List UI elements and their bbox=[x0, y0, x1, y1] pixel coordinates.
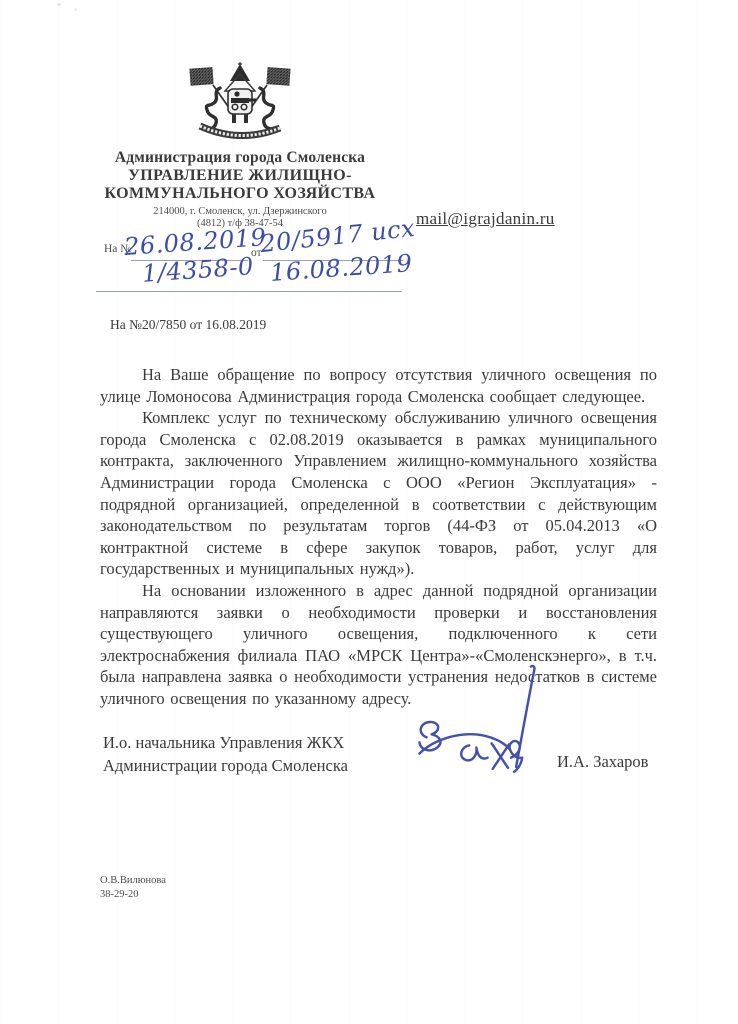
signer-title-line1: И.о. начальника Управления ЖКХ bbox=[103, 732, 348, 755]
executor-block: О.В.Вилюнова 38-29-20 bbox=[100, 874, 166, 901]
signer-title-line2: Администрации города Смоленска bbox=[103, 755, 348, 778]
dept-name-line2: КОММУНАЛЬНОГО ХОЗЯЙСТВА bbox=[60, 185, 420, 203]
zakharov-handwritten-signature-icon bbox=[412, 662, 550, 776]
scan-artifact bbox=[57, 3, 61, 6]
scanned-letter-page: Администрация города Смоленска УПРАВЛЕНИ… bbox=[0, 0, 738, 1024]
letter-body: На Ваше обращение по вопросу отсутствия … bbox=[100, 364, 657, 710]
signer-title: И.о. начальника Управления ЖКХ Администр… bbox=[103, 732, 348, 777]
ref-underline bbox=[96, 291, 402, 292]
letterhead: Администрация города Смоленска УПРАВЛЕНИ… bbox=[60, 149, 420, 229]
smolensk-coat-of-arms-icon bbox=[187, 62, 293, 146]
body-paragraph-3: На основании изложенного в адрес данной … bbox=[100, 580, 657, 710]
executor-phone: 38-29-20 bbox=[100, 888, 166, 902]
recipient-email: mail@igrajdanin.ru bbox=[416, 209, 555, 229]
dept-name-line1: УПРАВЛЕНИЕ ЖИЛИЩНО- bbox=[60, 167, 420, 185]
body-paragraph-2: Комплекс услуг по техническому обслужива… bbox=[100, 407, 657, 580]
in-reply-to-line: На №20/7850 от 16.08.2019 bbox=[110, 317, 266, 333]
scan-artifact bbox=[74, 8, 77, 11]
org-name: Администрация города Смоленска bbox=[60, 149, 420, 167]
executor-name: О.В.Вилюнова bbox=[100, 874, 166, 888]
signer-name: И.А. Захаров bbox=[557, 752, 648, 772]
body-paragraph-1: На Ваше обращение по вопросу отсутствия … bbox=[100, 364, 657, 407]
org-address: 214000, г. Смоленск, ул. Дзержинского bbox=[60, 206, 420, 218]
